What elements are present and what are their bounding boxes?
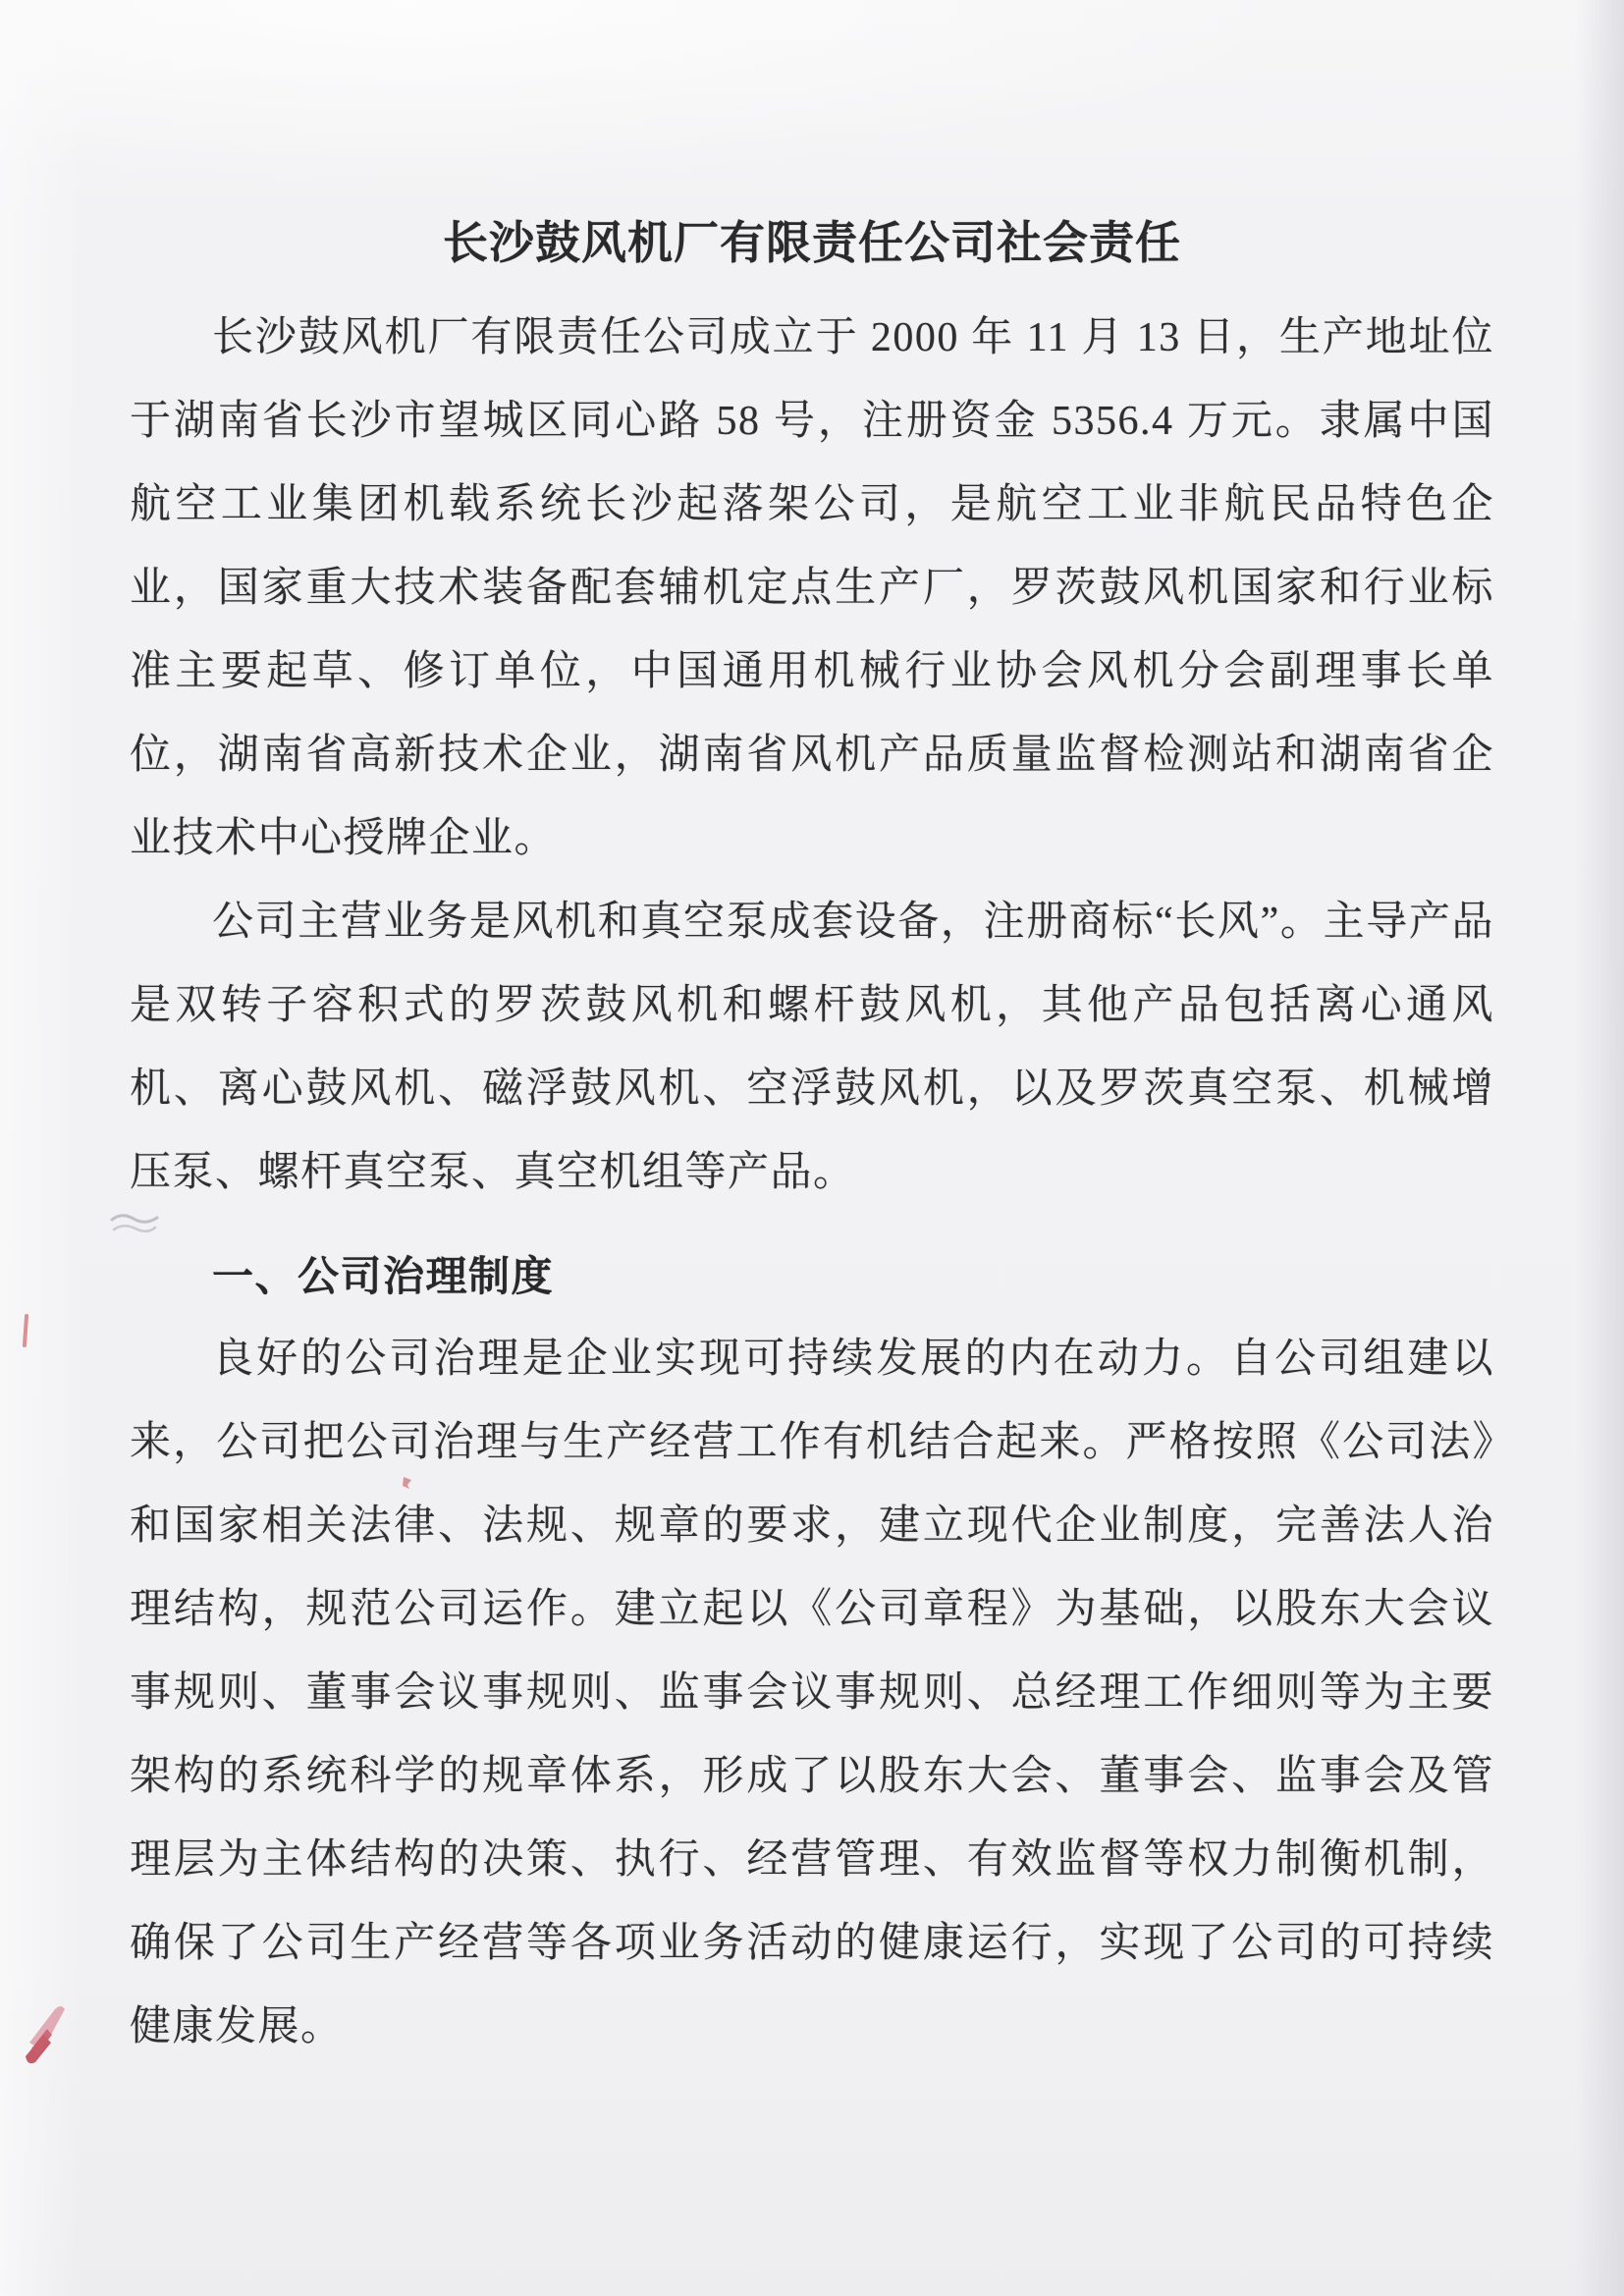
section-heading-governance: 一、公司治理制度	[130, 1234, 1494, 1318]
document-title: 长沙鼓风机厂有限责任公司社会责任	[130, 201, 1494, 285]
red-ink-smudge	[22, 1992, 92, 2070]
red-ink-tick-mark	[23, 1314, 28, 1347]
scanned-document-page: 长沙鼓风机厂有限责任公司社会责任 长沙鼓风机厂有限责任公司成立于 2000 年 …	[0, 0, 1624, 2296]
paragraph-main-business: 公司主营业务是风机和真空泵成套设备，注册商标“长风”。主导产品是双转子容积式的罗…	[130, 881, 1494, 1215]
pencil-squiggle-mark	[110, 1210, 159, 1237]
paragraph-governance: 良好的公司治理是企业实现可持续发展的内在动力。自公司组建以来，公司把公司治理与生…	[130, 1318, 1494, 2069]
document-body: 长沙鼓风机厂有限责任公司社会责任 长沙鼓风机厂有限责任公司成立于 2000 年 …	[130, 201, 1494, 2069]
red-ink-speck	[401, 1475, 414, 1491]
paragraph-company-intro: 长沙鼓风机厂有限责任公司成立于 2000 年 11 月 13 日，生产地址位于湖…	[130, 297, 1494, 881]
